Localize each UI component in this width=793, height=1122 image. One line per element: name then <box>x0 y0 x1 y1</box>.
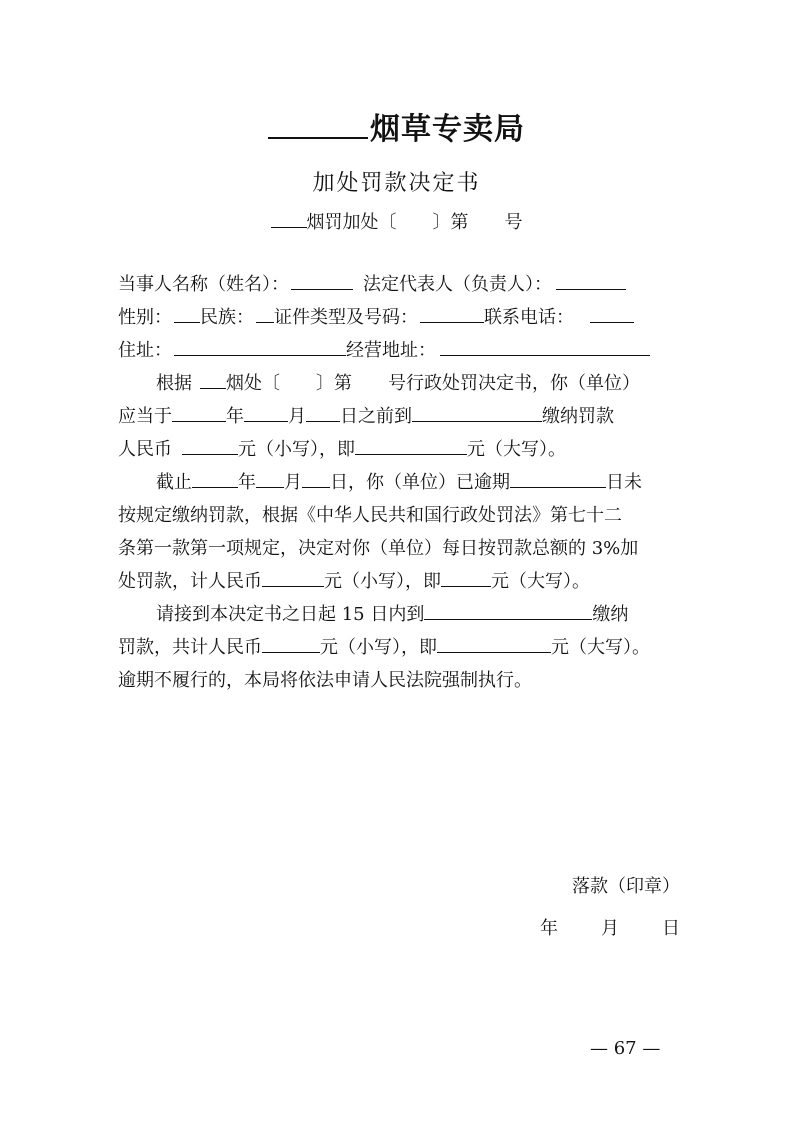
p2-text: 日未 <box>606 466 642 499</box>
p1-text: 元（小写），即 <box>238 433 355 466</box>
p1-text: 号行政处罚决定书，你（单位） <box>388 367 640 400</box>
doc-number-part3: 号 <box>505 212 523 233</box>
doc-number-part2: 〕第 <box>433 212 469 233</box>
p1-text: 烟处〔 <box>226 367 280 400</box>
date-day: 日 <box>662 914 680 940</box>
p2-line-4: 处罚款，计人民币 元（小写），即 元（大写）。 <box>118 565 680 598</box>
p1-text: 日之前到 <box>340 400 412 433</box>
cutoff-year-field[interactable] <box>192 467 238 488</box>
p2-line-3: 条第一款第一项规定，决定对你（单位）每日按罚款总额的 3%加 <box>118 532 680 565</box>
title-suffix: 烟草专卖局 <box>370 112 525 147</box>
p2-line-1: 截止 年 月 日，你（单位）已逾期 日未 <box>118 466 680 499</box>
bureau-name-blank[interactable] <box>268 109 368 139</box>
id-field[interactable] <box>420 302 484 323</box>
signature-date: 年 月 日 <box>540 914 680 940</box>
payment-place-field[interactable] <box>412 401 542 422</box>
party-name-field[interactable] <box>291 269 353 290</box>
p2-text: 年 <box>238 466 256 499</box>
p1-text: 年 <box>226 400 244 433</box>
p1-line-2: 应当于 年 月 日之前到 缴纳罚款 <box>118 400 680 433</box>
p3-line-2: 罚款，共计人民币 元（小写），即 元（大写）。 <box>118 631 680 664</box>
due-day-field[interactable] <box>306 401 340 422</box>
pay-location-field[interactable] <box>424 599 592 620</box>
p3-line-3: 逾期不履行的，本局将依法申请人民法院强制执行。 <box>118 664 680 697</box>
id-label: 证件类型及号码： <box>274 301 418 334</box>
phone-field[interactable] <box>590 302 634 323</box>
p3-text: 元（小写），即 <box>320 631 437 664</box>
address-label: 住址： <box>118 334 172 367</box>
p1-text: 根据 <box>156 367 192 400</box>
p1-text: 〕第 <box>316 367 352 400</box>
p1-text: 元（大写）。 <box>467 433 566 466</box>
p2-text: 截止 <box>156 466 192 499</box>
due-year-field[interactable] <box>172 401 226 422</box>
fine-amount-upper-field[interactable] <box>355 434 467 455</box>
p2-text: 月 <box>284 466 302 499</box>
p2-text: 处罚款，计人民币 <box>118 565 262 598</box>
fine-amount-lower-field[interactable] <box>182 434 238 455</box>
cutoff-day-field[interactable] <box>302 467 330 488</box>
phone-label: 联系电话： <box>484 301 574 334</box>
seal-label: 落款（印章） <box>540 872 680 898</box>
address-field[interactable] <box>174 335 346 356</box>
total-upper-field[interactable] <box>437 632 551 653</box>
p2-text: 日，你（单位）已逾期 <box>330 466 510 499</box>
gender-label: 性别： <box>118 301 172 334</box>
gender-field[interactable] <box>174 302 200 323</box>
p3-text: 请接到本决定书之日起 15 日内到 <box>156 598 424 631</box>
ethnicity-label: 民族： <box>200 301 254 334</box>
legal-rep-label: 法定代表人（负责人）： <box>363 268 552 301</box>
party-info-line-3: 住址： 经营地址： <box>118 334 680 367</box>
signature-block: 落款（印章） 年 月 日 <box>540 872 680 940</box>
p1-text: 人民币 <box>118 433 172 466</box>
original-doc-prefix-field[interactable] <box>200 368 226 389</box>
party-info-line-2: 性别： 民族： 证件类型及号码： 联系电话： <box>118 301 680 334</box>
business-address-label: 经营地址： <box>346 334 436 367</box>
p3-line-1: 请接到本决定书之日起 15 日内到 缴纳 <box>118 598 680 631</box>
p2-text: 元（大写）。 <box>491 565 590 598</box>
party-name-label: 当事人名称（姓名）： <box>118 268 289 301</box>
surcharge-lower-field[interactable] <box>262 566 324 587</box>
p1-text: 缴纳罚款 <box>542 400 614 433</box>
p2-text: 按规定缴纳罚款，根据《中华人民共和国行政处罚法》第七十二 <box>118 499 622 532</box>
due-month-field[interactable] <box>244 401 288 422</box>
cutoff-month-field[interactable] <box>256 467 284 488</box>
p3-text: 元（大写）。 <box>551 631 650 664</box>
document-subtitle: 加处罚款决定书 <box>0 166 793 197</box>
p2-text: 元（小写），即 <box>324 565 441 598</box>
surcharge-upper-field[interactable] <box>441 566 491 587</box>
p1-text: 月 <box>288 400 306 433</box>
p1-line-1: 根据 烟处〔 〕第 号行政处罚决定书，你（单位） <box>118 367 680 400</box>
p3-text: 罚款，共计人民币 <box>118 631 262 664</box>
party-info-line-1: 当事人名称（姓名）： 法定代表人（负责人）： <box>118 268 680 301</box>
doc-number-part1: 烟罚加处〔 <box>307 212 397 233</box>
p2-text: 条第一款第一项规定，决定对你（单位）每日按罚款总额的 3%加 <box>118 532 638 565</box>
p1-text: 应当于 <box>118 400 172 433</box>
page-number: — 67 — <box>590 1038 660 1059</box>
ethnicity-field[interactable] <box>256 302 274 323</box>
legal-rep-field[interactable] <box>556 269 626 290</box>
date-year: 年 <box>540 914 558 940</box>
p3-text: 逾期不履行的，本局将依法申请人民法院强制执行。 <box>118 664 532 697</box>
total-lower-field[interactable] <box>262 632 320 653</box>
doc-prefix-blank[interactable] <box>271 209 307 228</box>
business-address-field[interactable] <box>440 335 650 356</box>
document-title: 烟草专卖局 <box>0 104 793 148</box>
p3-text: 缴纳 <box>592 598 628 631</box>
p2-line-2: 按规定缴纳罚款，根据《中华人民共和国行政处罚法》第七十二 <box>118 499 680 532</box>
overdue-days-field[interactable] <box>510 467 606 488</box>
document-number: 烟罚加处〔〕第号 <box>0 208 793 234</box>
p1-line-3: 人民币 元（小写），即 元（大写）。 <box>118 433 680 466</box>
date-month: 月 <box>601 914 619 940</box>
document-body: 当事人名称（姓名）： 法定代表人（负责人）： 性别： 民族： 证件类型及号码： … <box>118 268 680 697</box>
